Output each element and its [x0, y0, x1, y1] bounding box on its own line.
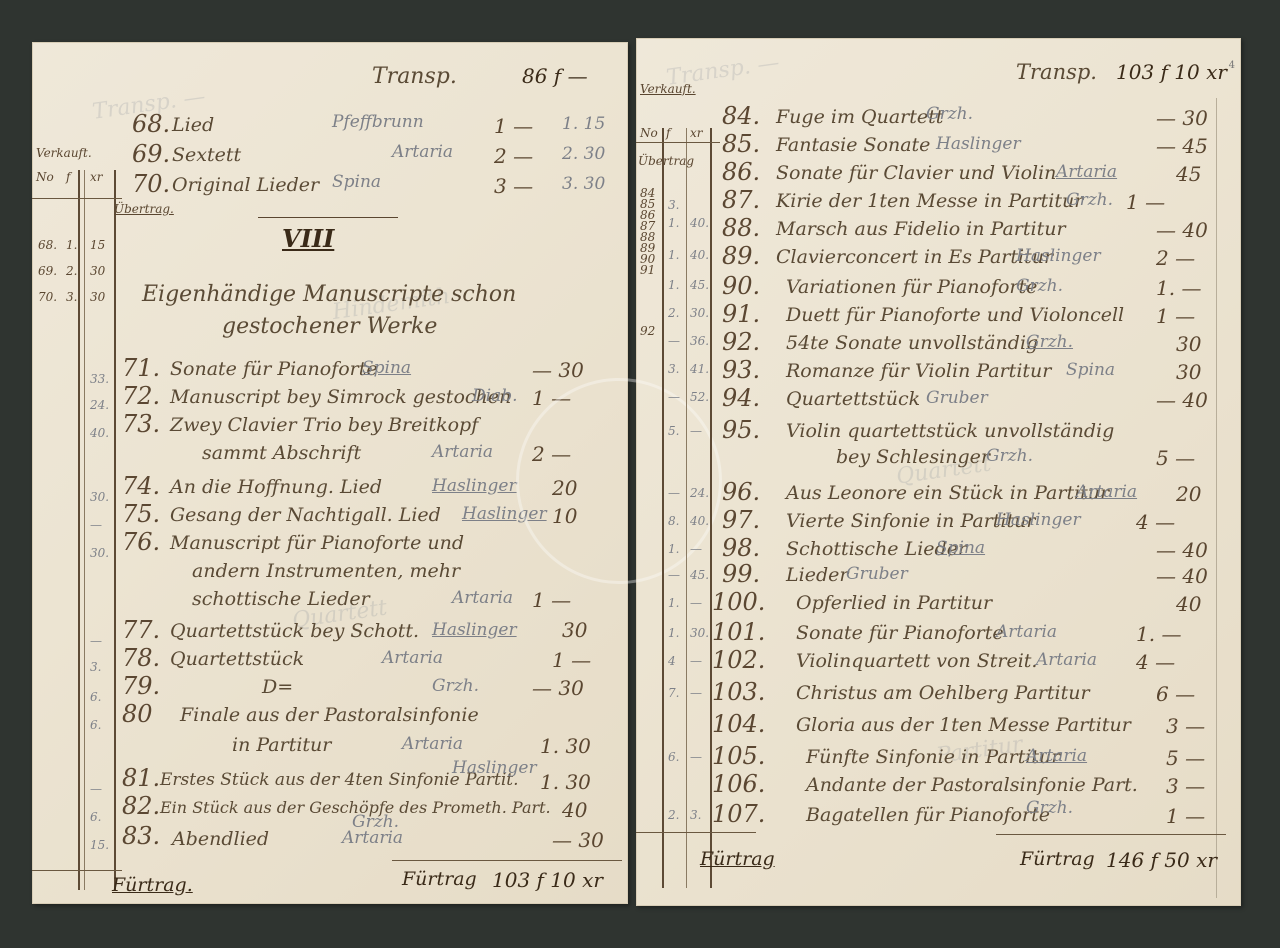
side-label-transfer: Übertrag. — [114, 202, 174, 216]
entry-number: 106. — [712, 770, 765, 798]
entry-amount: 40 — [1176, 592, 1201, 616]
side-xr: 40. — [690, 514, 709, 528]
entry-title: Marsch aus Fidelio in Partitur — [776, 218, 1066, 240]
side-header-xr: xr — [90, 170, 103, 184]
entry-number: 76. — [122, 528, 160, 556]
entry-amount: 2 — — [1156, 246, 1195, 270]
entry-amount: — 30 — [532, 676, 584, 700]
entry-amount: 1 — — [1156, 304, 1195, 328]
entry-buyer: Gruber — [846, 564, 908, 584]
entry-buyer: Haslinger — [452, 758, 537, 778]
side-xr: 30. — [90, 490, 109, 504]
entry-title: Sonate für Pianoforte — [796, 622, 1004, 644]
side-xr: 3. — [690, 808, 701, 822]
side-header-no: No — [36, 170, 54, 184]
side-xr: 45. — [690, 278, 709, 292]
divider — [258, 217, 398, 218]
entry-number: 89. — [722, 242, 760, 270]
entry-title: D= — [262, 676, 293, 698]
side-xr: — — [690, 596, 702, 610]
side-f: 1. — [668, 596, 679, 610]
entry-title: Sextett — [172, 144, 241, 166]
entry-number: 100. — [712, 588, 765, 616]
entry-sold: 1. 15 — [562, 114, 605, 134]
entry-amount: 30 — [1176, 332, 1201, 356]
side-f: 1. — [668, 542, 679, 556]
side-xr: — — [690, 750, 702, 764]
entry-buyer: Artaria — [402, 734, 463, 754]
entry-title: Sonate für Pianoforte — [170, 358, 378, 380]
side-xr: 36. — [690, 334, 709, 348]
ledger-rule — [32, 198, 122, 199]
side-number-list: 8485868788899091 — [640, 188, 660, 276]
entry-title-cont: andern Instrumenten, mehr — [192, 560, 460, 582]
entry-title: Gesang der Nachtigall. Lied — [170, 504, 441, 526]
ledger-rule — [686, 128, 687, 888]
side-xr: 30. — [90, 546, 109, 560]
entry-buyer: Grzh. — [926, 104, 973, 124]
entry-title: Violinquartett von Streit. — [796, 650, 1037, 672]
entry-number: 90. — [722, 272, 760, 300]
entry-title: Christus am Oehlberg Partitur — [796, 682, 1090, 704]
entry-buyer: Diab. — [472, 386, 518, 406]
entry-estimate: 3 — — [494, 174, 533, 198]
entry-title: Andante der Pastoralsinfonie Part. — [806, 774, 1138, 796]
entry-amount: 1 — — [1126, 190, 1165, 214]
side-f: — — [668, 568, 680, 582]
entry-buyer: Artaria — [392, 142, 453, 162]
entry-title: 54te Sonate unvollständig — [786, 332, 1038, 354]
side-xr: 30. — [690, 626, 709, 640]
footer-carry-label: Fürtrag — [1020, 848, 1095, 870]
entry-title: Variationen für Pianoforte — [786, 276, 1037, 298]
entry-amount: 1 — — [532, 588, 571, 612]
entry-title: Aus Leonore ein Stück in Partitur — [786, 482, 1109, 504]
side-xr: — — [90, 518, 102, 532]
entry-buyer: Artaria — [1026, 746, 1087, 766]
entry-sold: 2. 30 — [562, 144, 605, 164]
section-numeral: VIII — [282, 224, 334, 253]
transport-label: Transp. — [1016, 60, 1097, 84]
entry-number: 81. — [122, 764, 160, 792]
entry-buyer: Pfeffbrunn — [332, 112, 424, 132]
entry-buyer: Artaria — [342, 828, 403, 848]
entry-title: Zwey Clavier Trio bey Breitkopf — [170, 414, 478, 436]
entry-title: Fuge im Quartett — [776, 106, 943, 128]
entry-title: Romanze für Violin Partitur — [786, 360, 1051, 382]
total-rule — [996, 834, 1226, 835]
entry-number: 88. — [722, 214, 760, 242]
side-xr: 45. — [690, 568, 709, 582]
side-sum-xr: 15 — [90, 238, 105, 252]
entry-buyer: Haslinger — [936, 134, 1021, 154]
side-xr: 30. — [690, 306, 709, 320]
side-f: — — [668, 390, 680, 404]
transport-amount: 103 f 10 xr — [1116, 60, 1227, 84]
side-sum-xr: 30 — [90, 290, 105, 304]
side-xr: 40. — [90, 426, 109, 440]
entry-sold: 3. 30 — [562, 174, 605, 194]
side-xr: — — [690, 424, 702, 438]
entry-number: 102. — [712, 646, 765, 674]
side-sum-no: 69. — [38, 264, 57, 278]
side-f: 1. — [668, 278, 679, 292]
entry-buyer: Artaria — [996, 622, 1057, 642]
entry-title: Quartettstück — [170, 648, 304, 670]
entry-title: Sonate für Clavier und Violin — [776, 162, 1056, 184]
side-f: — — [668, 334, 680, 348]
side-f: 3. — [668, 362, 679, 376]
side-sum-xr: 30 — [90, 264, 105, 278]
entry-buyer: Gruber — [926, 388, 988, 408]
entry-amount: 3 — — [1166, 774, 1205, 798]
entry-amount: 4 — — [1136, 650, 1175, 674]
side-xr: 33. — [90, 372, 109, 386]
entry-number: 85. — [722, 130, 760, 158]
entry-number: 95. — [722, 416, 760, 444]
entry-title-cont: schottische Lieder — [192, 588, 370, 610]
entry-amount: — 30 — [532, 358, 584, 382]
ledger-rule — [78, 170, 80, 890]
footer-carry-label: Fürtrag — [402, 868, 477, 890]
entry-buyer: Artaria — [1056, 162, 1117, 182]
entry-amount: 3 — — [1166, 714, 1205, 738]
entry-buyer: Haslinger — [1016, 246, 1101, 266]
side-xr: 40. — [690, 216, 709, 230]
entry-number: 105. — [712, 742, 765, 770]
entry-amount: — 30 — [1156, 106, 1208, 130]
section-heading: Eigenhändige Manuscripte schon — [142, 282, 516, 307]
entry-buyer: Artaria — [382, 648, 443, 668]
entry-buyer: Spina — [332, 172, 381, 192]
footer-carry-amount: 146 f 50 xr — [1106, 848, 1217, 872]
entry-number: 70. — [132, 170, 170, 198]
entry-title: Finale aus der Pastoralsinfonie — [180, 704, 479, 726]
entry-number: 87. — [722, 186, 760, 214]
ledger-rule — [114, 170, 116, 890]
entry-number: 69. — [132, 140, 170, 168]
entry-title: Kirie der 1ten Messe in Partitur — [776, 190, 1083, 212]
ledger-rule — [662, 128, 664, 888]
entry-estimate: 1 — — [494, 114, 533, 138]
entry-amount: 6 — — [1156, 682, 1195, 706]
entry-amount: 1. — — [1156, 276, 1201, 300]
side-header-sold: Verkauft. — [36, 146, 92, 160]
entry-buyer: Grzh. — [1066, 190, 1113, 210]
side-header-sold: Verkauft. — [640, 82, 696, 96]
side-f: 2. — [668, 306, 679, 320]
entry-title: Bagatellen für Pianoforte — [806, 804, 1050, 826]
total-rule — [392, 860, 622, 861]
side-f: 3. — [668, 198, 679, 212]
entry-amount: 1 — — [552, 648, 591, 672]
entry-buyer: Artaria — [432, 442, 493, 462]
entry-amount: 5 — — [1156, 446, 1195, 470]
entry-number: 68. — [132, 110, 170, 138]
entry-buyer: Spina — [1066, 360, 1115, 380]
side-sum-no: 68. — [38, 238, 57, 252]
side-xr: — — [690, 654, 702, 668]
entry-buyer: Haslinger — [432, 476, 517, 496]
entry-buyer: Grzh. — [1016, 276, 1063, 296]
side-label-transfer: Übertrag — [638, 154, 694, 168]
side-f: 4 — [668, 654, 676, 668]
entry-buyer: Haslinger — [996, 510, 1081, 530]
ledger-rule — [636, 142, 720, 143]
entry-title: Gloria aus der 1ten Messe Partitur — [796, 714, 1131, 736]
entry-number: 72. — [122, 382, 160, 410]
entry-amount: 20 — [1176, 482, 1201, 506]
entry-buyer: Grzh. — [432, 676, 479, 696]
page-number: 4 — [1229, 60, 1235, 71]
entry-estimate: 2 — — [494, 144, 533, 168]
side-xr: 24. — [90, 398, 109, 412]
entry-buyer: Haslinger — [432, 620, 517, 640]
transport-amount: 86 f — — [522, 64, 588, 88]
side-f: — — [668, 486, 680, 500]
entry-amount: 30 — [562, 618, 587, 642]
side-xr: 3. — [90, 660, 101, 674]
transport-label: Transp. — [372, 64, 457, 89]
entry-number: 77. — [122, 616, 160, 644]
entry-amount: — 40 — [1156, 388, 1208, 412]
side-sum-f: 3. — [66, 290, 77, 304]
side-f: 8. — [668, 514, 679, 528]
entry-amount: — 30 — [552, 828, 604, 852]
entry-number: 93. — [722, 356, 760, 384]
side-xr: 6. — [90, 810, 101, 824]
entry-buyer: Artaria — [1076, 482, 1137, 502]
entry-title-cont: bey Schlesinger — [836, 446, 990, 468]
entry-number: 78. — [122, 644, 160, 672]
side-xr: — — [690, 542, 702, 556]
entry-number: 101. — [712, 618, 765, 646]
entry-amount: — 45 — [1156, 134, 1208, 158]
entry-title-cont: in Partitur — [232, 734, 331, 756]
side-xr: 40. — [690, 248, 709, 262]
entry-title: Abendlied — [172, 828, 269, 850]
entry-title: Lieder — [786, 564, 848, 586]
entry-number: 92. — [722, 328, 760, 356]
entry-number: 79. — [122, 672, 160, 700]
entry-number: 74. — [122, 472, 160, 500]
entry-title: Quartettstück bey Schott. — [170, 620, 419, 642]
side-xr: 52. — [690, 390, 709, 404]
entry-number: 98. — [722, 534, 760, 562]
section-heading: gestochener Werke — [222, 314, 437, 339]
entry-buyer: Grzh. — [1026, 798, 1073, 818]
entry-buyer: Grzh. — [1026, 332, 1073, 352]
ledger-rule — [1216, 98, 1217, 898]
side-f: 2. — [668, 808, 679, 822]
entry-number: 86. — [722, 158, 760, 186]
entry-amount: — 40 — [1156, 564, 1208, 588]
side-header-no: No — [640, 126, 658, 140]
entry-title: Opferlied in Partitur — [796, 592, 992, 614]
entry-number: 84. — [722, 102, 760, 130]
side-xr: 15. — [90, 838, 109, 852]
entry-number: 71. — [122, 354, 160, 382]
ledger-rule — [636, 832, 756, 833]
side-xr: 41. — [690, 362, 709, 376]
ledger-rule — [84, 170, 85, 890]
entry-number: 96. — [722, 478, 760, 506]
entry-amount: — 40 — [1156, 218, 1208, 242]
entry-title: Original Lieder — [172, 174, 319, 196]
entry-title: Fantasie Sonate — [776, 134, 930, 156]
side-f: 7. — [668, 686, 679, 700]
entry-number: 75. — [122, 500, 160, 528]
entry-number: 80 — [122, 700, 153, 728]
side-f: 5. — [668, 424, 679, 438]
side-header-f: f — [66, 170, 70, 184]
entry-title-cont: sammt Abschrift — [202, 442, 361, 464]
entry-amount: — 40 — [1156, 538, 1208, 562]
entry-number: 91. — [722, 300, 760, 328]
entry-number: 73. — [122, 410, 160, 438]
entry-number: 83. — [122, 822, 160, 850]
side-f: 1. — [668, 216, 679, 230]
entry-amount: 30 — [1176, 360, 1201, 384]
entry-amount: 45 — [1176, 162, 1201, 186]
entry-buyer: Grzh. — [986, 446, 1033, 466]
entry-title: An die Hoffnung. Lied — [170, 476, 382, 498]
entry-number: 99. — [722, 560, 760, 588]
side-xr: — — [690, 686, 702, 700]
footer-carry-label-left: Fürtrag. — [112, 874, 193, 896]
side-sum-f: 1. — [66, 238, 77, 252]
side-f: 6. — [668, 750, 679, 764]
entry-number: 94. — [722, 384, 760, 412]
side-header-xr: xr — [690, 126, 703, 140]
footer-carry-amount: 103 f 10 xr — [492, 868, 603, 892]
entry-title: Lied — [172, 114, 214, 136]
side-header-f: f — [666, 126, 670, 140]
entry-amount: 1. 30 — [540, 734, 591, 758]
side-sum-f: 2. — [66, 264, 77, 278]
side-xr: 6. — [90, 718, 101, 732]
entry-amount: 1 — — [1166, 804, 1205, 828]
side-xr: — — [90, 634, 102, 648]
side-xr: 6. — [90, 690, 101, 704]
side-xr: 24. — [690, 486, 709, 500]
entry-number: 104. — [712, 710, 765, 738]
entry-title: Duett für Pianoforte und Violoncell — [786, 304, 1124, 326]
entry-buyer: Spina — [362, 358, 411, 378]
ledger-rule — [32, 870, 122, 871]
right-page: 4 Transp. — Quartett Partitur Transp. 10… — [636, 38, 1241, 906]
side-xr: — — [90, 782, 102, 796]
entry-number: 103. — [712, 678, 765, 706]
side-f: 1. — [668, 248, 679, 262]
entry-buyer: Artaria — [452, 588, 513, 608]
entry-title: Clavierconcert in Es Partitur — [776, 246, 1053, 268]
entry-number: 97. — [722, 506, 760, 534]
entry-title: Fünfte Sinfonie in Partitur — [806, 746, 1060, 768]
entry-buyer: Spina — [936, 538, 985, 558]
entry-amount: 40 — [562, 798, 587, 822]
entry-buyer: Artaria — [1036, 650, 1097, 670]
entry-amount: 1. — — [1136, 622, 1181, 646]
side-f: 1. — [668, 626, 679, 640]
entry-number: 82. — [122, 792, 160, 820]
entry-amount: 1. 30 — [540, 770, 591, 794]
entry-amount: 5 — — [1166, 746, 1205, 770]
entry-title: Manuscript für Pianoforte und — [170, 532, 464, 554]
entry-title: Violin quartettstück unvollständig — [786, 420, 1114, 442]
footer-carry-label-left: Fürtrag — [700, 848, 775, 870]
side-number: 92 — [640, 324, 655, 338]
entry-amount: 4 — — [1136, 510, 1175, 534]
side-sum-no: 70. — [38, 290, 57, 304]
entry-title: Quartettstück — [786, 388, 920, 410]
entry-title: Manuscript bey Simrock gestochen — [170, 386, 511, 408]
entry-number: 107. — [712, 800, 765, 828]
